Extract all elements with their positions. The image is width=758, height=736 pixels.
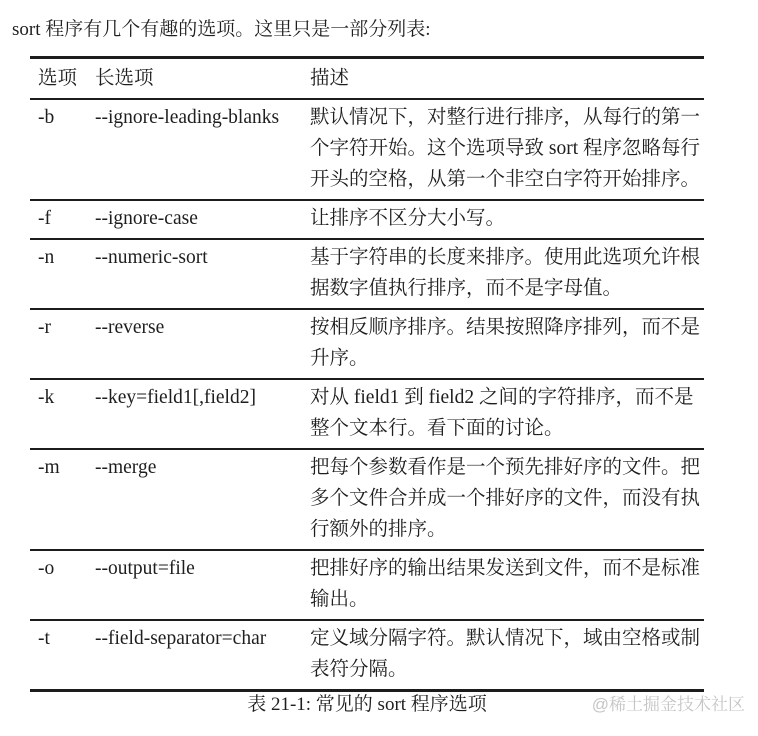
option-cell: -o bbox=[30, 550, 95, 620]
long-option-cell: --field-separator=char bbox=[95, 620, 310, 691]
table-header-row: 选项 长选项 描述 bbox=[30, 58, 704, 100]
description-cell: 让排序不区分大小写。 bbox=[310, 200, 704, 239]
table-row: -b --ignore-leading-blanks 默认情况下，对整行进行排序… bbox=[30, 99, 704, 200]
description-cell: 对从 field1 到 field2 之间的字符排序，而不是整个文本行。看下面的… bbox=[310, 379, 704, 449]
long-option-cell: --ignore-case bbox=[95, 200, 310, 239]
option-cell: -k bbox=[30, 379, 95, 449]
column-header-option: 选项 bbox=[30, 58, 95, 100]
description-cell: 把排好序的输出结果发送到文件，而不是标准输出。 bbox=[310, 550, 704, 620]
sort-options-table: 选项 长选项 描述 -b --ignore-leading-blanks 默认情… bbox=[30, 56, 704, 692]
watermark: @稀土掘金技术社区 bbox=[592, 693, 745, 717]
table-row: -f --ignore-case 让排序不区分大小写。 bbox=[30, 200, 704, 239]
column-header-long-option: 长选项 bbox=[95, 58, 310, 100]
description-cell: 基于字符串的长度来排序。使用此选项允许根据数字值执行排序，而不是字母值。 bbox=[310, 239, 704, 309]
long-option-cell: --merge bbox=[95, 449, 310, 550]
table-row: -m --merge 把每个参数看作是一个预先排好序的文件。把多个文件合并成一个… bbox=[30, 449, 704, 550]
table-row: -k --key=field1[,field2] 对从 field1 到 fie… bbox=[30, 379, 704, 449]
long-option-cell: --key=field1[,field2] bbox=[95, 379, 310, 449]
long-option-cell: --numeric-sort bbox=[95, 239, 310, 309]
option-cell: -r bbox=[30, 309, 95, 379]
option-cell: -t bbox=[30, 620, 95, 691]
table-body: -b --ignore-leading-blanks 默认情况下，对整行进行排序… bbox=[30, 99, 704, 691]
table-row: -n --numeric-sort 基于字符串的长度来排序。使用此选项允许根据数… bbox=[30, 239, 704, 309]
table-row: -t --field-separator=char 定义域分隔字符。默认情况下，… bbox=[30, 620, 704, 691]
option-cell: -n bbox=[30, 239, 95, 309]
long-option-cell: --output=file bbox=[95, 550, 310, 620]
footer-row: 表 21-1: 常见的 sort 程序选项 @稀土掘金技术社区 bbox=[0, 691, 758, 721]
intro-text: sort 程序有几个有趣的选项。这里只是一部分列表: bbox=[12, 17, 431, 43]
table-row: -r --reverse 按相反顺序排序。结果按照降序排列，而不是升序。 bbox=[30, 309, 704, 379]
option-cell: -m bbox=[30, 449, 95, 550]
description-cell: 默认情况下，对整行进行排序，从每行的第一个字符开始。这个选项导致 sort 程序… bbox=[310, 99, 704, 200]
description-cell: 定义域分隔字符。默认情况下，域由空格或制表符分隔。 bbox=[310, 620, 704, 691]
long-option-cell: --reverse bbox=[95, 309, 310, 379]
long-option-cell: --ignore-leading-blanks bbox=[95, 99, 310, 200]
description-cell: 按相反顺序排序。结果按照降序排列，而不是升序。 bbox=[310, 309, 704, 379]
description-cell: 把每个参数看作是一个预先排好序的文件。把多个文件合并成一个排好序的文件，而没有执… bbox=[310, 449, 704, 550]
column-header-description: 描述 bbox=[310, 58, 704, 100]
document-page: sort 程序有几个有趣的选项。这里只是一部分列表: 选项 长选项 描述 -b … bbox=[0, 0, 758, 736]
table-row: -o --output=file 把排好序的输出结果发送到文件，而不是标准输出。 bbox=[30, 550, 704, 620]
option-cell: -f bbox=[30, 200, 95, 239]
option-cell: -b bbox=[30, 99, 95, 200]
